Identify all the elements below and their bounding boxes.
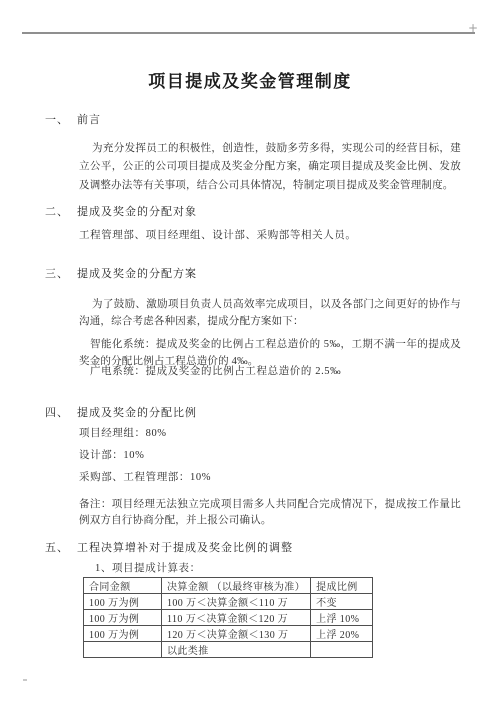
paragraph-preface: 为充分发挥员工的积极性，创造性，鼓励多劳多得，实现公司的经营目标，建立公平，公正… xyxy=(79,140,461,196)
section-number: 三、 xyxy=(45,267,69,282)
scan-speck xyxy=(23,679,27,681)
section-content-line: 工程管理部、项目经理组、设计部、采购部等相关人员。 xyxy=(79,228,357,243)
section-number: 四、 xyxy=(45,406,69,421)
table-cell: 120 万＜决算金额＜130 万 xyxy=(162,626,311,642)
table-cell xyxy=(84,642,162,658)
section-heading-text: 提成及奖金的分配对象 xyxy=(77,206,197,218)
section-heading-2: 二、提成及奖金的分配对象 xyxy=(45,205,197,220)
section-heading-text: 提成及奖金的分配方案 xyxy=(77,268,197,280)
list-item-design-dept: 设计部：10% xyxy=(79,448,144,463)
list-item-purchase-dept: 采购部、工程管理部：10% xyxy=(79,470,211,485)
document-title: 项目提成及奖金管理制度 xyxy=(0,67,500,92)
section-heading-text: 工程决算增补对于提成及奖金比例的调整 xyxy=(77,542,293,554)
section-number: 五、 xyxy=(45,541,69,556)
table-row: 100 万为例 110 万＜决算金额＜120 万 上浮 10% xyxy=(84,610,373,626)
section-number: 一、 xyxy=(45,113,69,128)
table-cell: 以此类推 xyxy=(162,642,311,658)
section-heading-5: 五、工程决算增补对于提成及奖金比例的调整 xyxy=(45,541,293,556)
header-rule xyxy=(22,32,475,34)
section-heading-3: 三、提成及奖金的分配方案 xyxy=(45,267,197,282)
document-page: + 项目提成及奖金管理制度 一、前言 为充分发挥员工的积极性，创造性，鼓励多劳多… xyxy=(0,0,500,708)
table-cell: 上浮 20% xyxy=(311,626,373,642)
section-heading-text: 前言 xyxy=(77,114,101,126)
table-cell: 不变 xyxy=(311,594,373,610)
table-cell xyxy=(311,642,373,658)
table-row: 以此类推 xyxy=(84,642,373,658)
section-heading-1: 一、前言 xyxy=(45,113,101,128)
note-paragraph: 备注：项目经理无法独立完成项目需多人共同配合完成情况下，提成按工作量比例双方自行… xyxy=(79,497,461,530)
table-cell: 100 万为例 xyxy=(84,594,162,610)
list-item-pm-group: 项目经理组：80% xyxy=(79,426,167,441)
commission-table: 合同金额 决算金额 （以最终审核为准） 提成比例 100 万为例 100 万＜决… xyxy=(83,577,373,658)
section-heading-4: 四、提成及奖金的分配比例 xyxy=(45,406,197,421)
paragraph-broadcast-system: 广电系统：提成及奖金的比例占工程总造价的 2.5‰ xyxy=(90,364,341,379)
table-row: 100 万为例 120 万＜决算金额＜130 万 上浮 20% xyxy=(84,626,373,642)
section-number: 二、 xyxy=(45,205,69,220)
table-cell: 110 万＜决算金额＜120 万 xyxy=(162,610,311,626)
table-header-cell: 决算金额 （以最终审核为准） xyxy=(162,578,311,594)
table-cell: 100 万为例 xyxy=(84,626,162,642)
table-subheading: 1、项目提成计算表： xyxy=(95,561,201,576)
section-heading-text: 提成及奖金的分配比例 xyxy=(77,407,197,419)
crop-mark-plus: + xyxy=(468,21,478,35)
table-cell: 100 万为例 xyxy=(84,610,162,626)
paragraph-plan-intro: 为了鼓励、激励项目负责人员高效率完成项目，以及各部门之间更好的协作与沟通，综合考… xyxy=(79,296,461,330)
table-row: 100 万为例 100 万＜决算金额＜110 万 不变 xyxy=(84,594,373,610)
table-cell: 上浮 10% xyxy=(311,610,373,626)
table-cell: 100 万＜决算金额＜110 万 xyxy=(162,594,311,610)
table-header-cell: 合同金额 xyxy=(84,578,162,594)
table-header-row: 合同金额 决算金额 （以最终审核为准） 提成比例 xyxy=(84,578,373,594)
table-header-cell: 提成比例 xyxy=(311,578,373,594)
